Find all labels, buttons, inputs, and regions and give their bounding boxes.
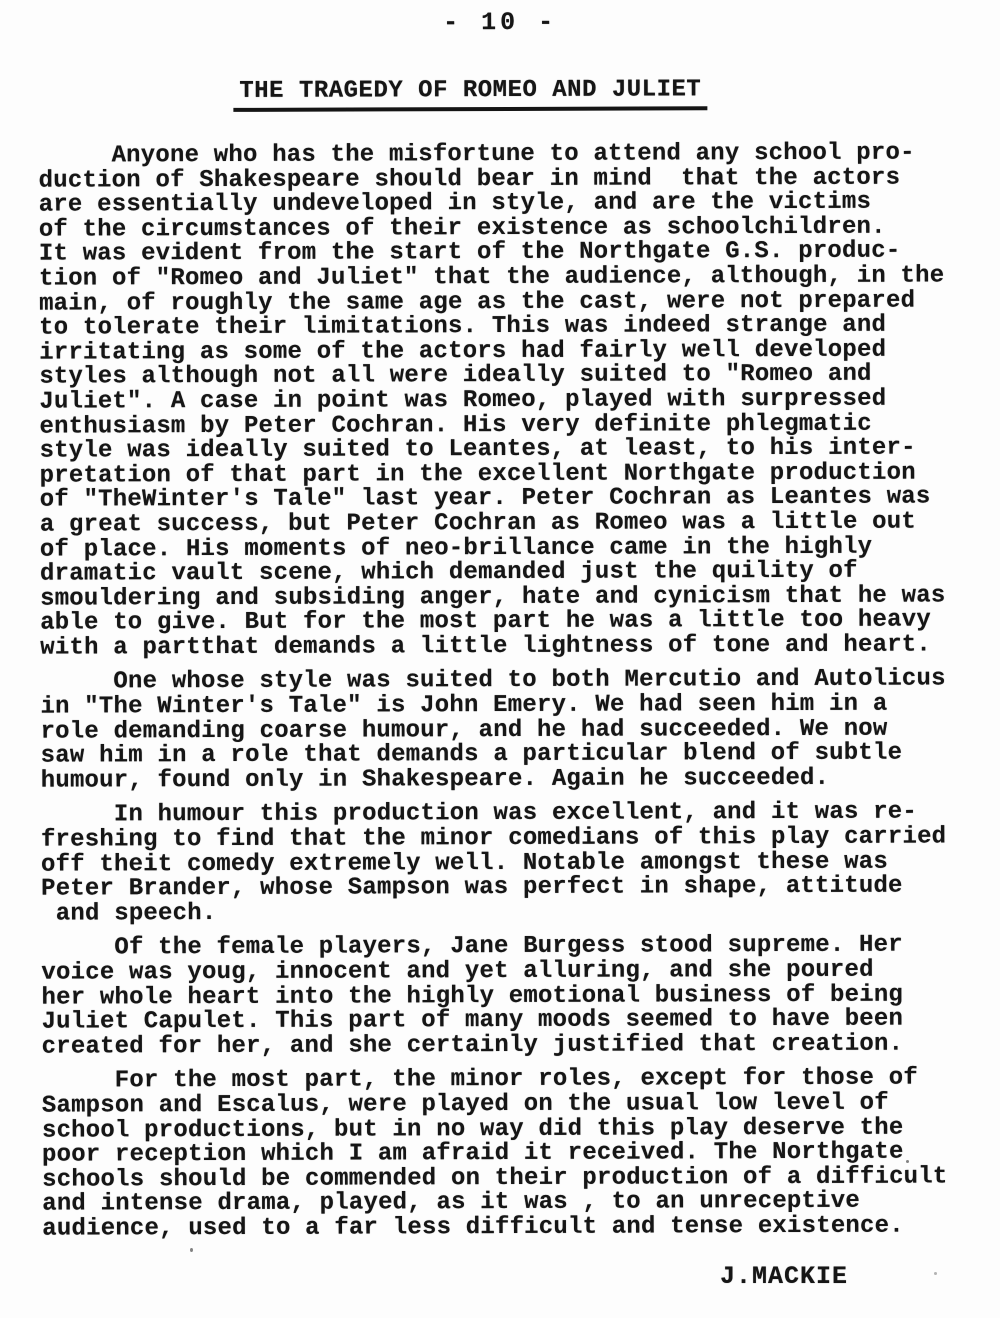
- paragraph-4: Of the female players, Jane Burgess stoo…: [41, 934, 1000, 1060]
- paragraph-5: For the most part, the minor roles, exce…: [42, 1067, 1000, 1243]
- scanned-text-block: - 10 - THE TRAGEDY OF ROMEO AND JULIET A…: [0, 0, 1000, 1242]
- page-title: THE TRAGEDY OF ROMEO AND JULIET: [233, 76, 707, 112]
- scan-speck: [934, 1272, 937, 1275]
- author-signature: J.MACKIE: [720, 1262, 848, 1291]
- scan-speck: [190, 1248, 193, 1252]
- document-page: - 10 - THE TRAGEDY OF ROMEO AND JULIET A…: [0, 0, 1000, 1318]
- paragraph-1: Anyone who has the misfortune to attend …: [39, 141, 1000, 661]
- scan-speck: [906, 1160, 909, 1163]
- title-row: THE TRAGEDY OF ROMEO AND JULIET: [0, 75, 940, 112]
- paragraph-2: One whose style was suited to both Mercu…: [40, 668, 1000, 794]
- page-number: - 10 -: [0, 0, 1000, 39]
- paragraph-3: In humour this production was excellent,…: [41, 801, 1000, 927]
